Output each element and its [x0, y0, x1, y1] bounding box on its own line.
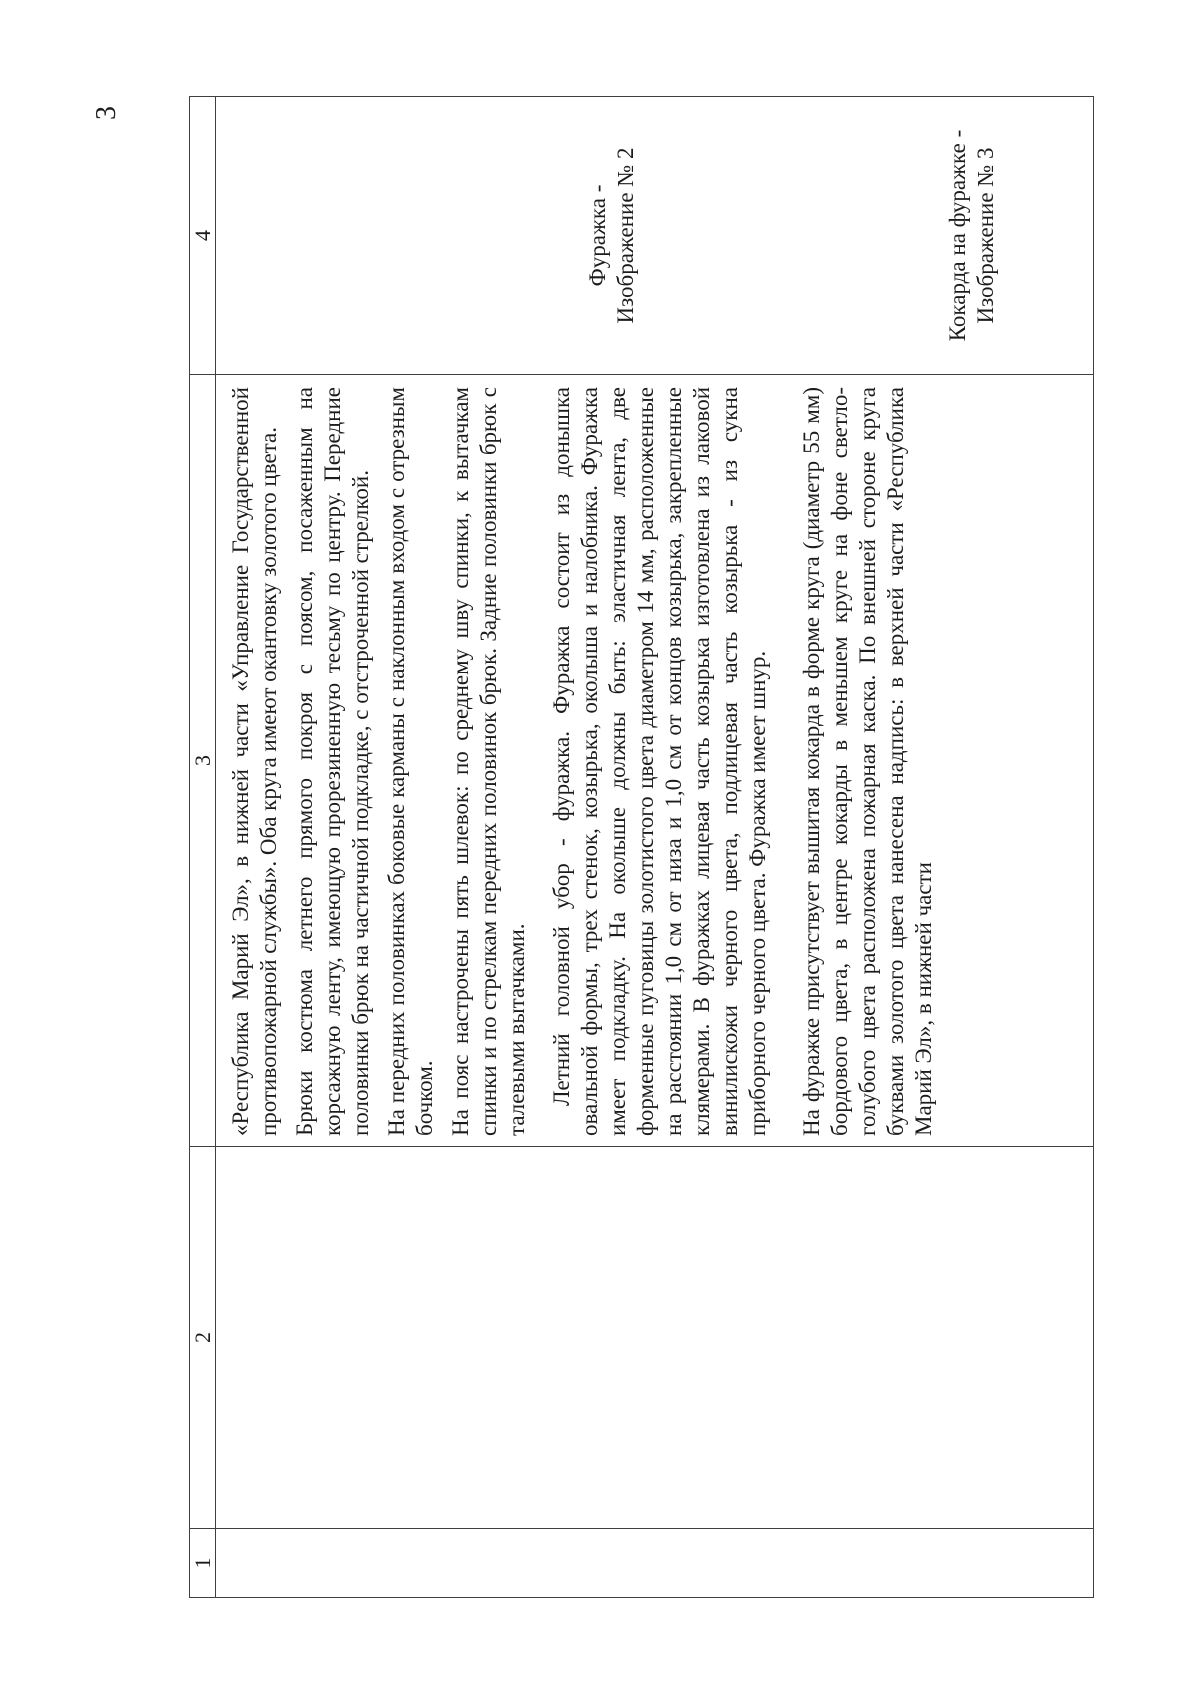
body-cell-col2-empty	[216, 1147, 1094, 1529]
body-cell-description: «Республика Марий Эл», в нижней части «У…	[216, 375, 1094, 1147]
uniform-description-table: 1 2 3 4 «Республика Марий Эл», в нижней …	[189, 96, 1094, 1598]
header-cell-4: 4	[190, 97, 216, 375]
body-cell-image-references: Фуражка - Изображение № 2 Кокарда на фур…	[216, 97, 1094, 375]
image-reference-cap-title: Фуражка -	[584, 97, 612, 374]
paragraph-belt-loops: На пояс настрочены пять шлевок: по средн…	[447, 387, 531, 1136]
rotated-page-content: 3 1 2 3 4 «Республика Марий Эл», в нижне…	[0, 0, 1200, 1697]
header-cell-2: 2	[190, 1147, 216, 1529]
paragraph-cap: Летний головной убор - фуражка. Фуражка …	[548, 387, 772, 1136]
header-cell-3: 3	[190, 375, 216, 1147]
scanned-document-page: 3 1 2 3 4 «Республика Марий Эл», в нижне…	[0, 0, 1200, 1697]
paragraph-cockade: На фуражке присутствует вышитая кокарда …	[798, 387, 938, 1136]
image-reference-cockade-title: Кокарда на фуражке -	[944, 97, 972, 374]
image-reference-cap-number: Изображение № 2	[612, 97, 640, 374]
image-reference-cockade-number: Изображение № 3	[972, 97, 1000, 374]
page-number: 3	[90, 89, 124, 137]
table-body-row: «Республика Марий Эл», в нижней части «У…	[216, 97, 1094, 1598]
image-reference-cap: Фуражка - Изображение № 2	[584, 97, 640, 374]
paragraph-side-pockets: На передних половинках боковые карманы с…	[383, 387, 439, 1136]
table-header-row: 1 2 3 4	[190, 97, 216, 1598]
image-reference-cockade: Кокарда на фуражке - Изображение № 3	[944, 97, 1000, 374]
header-cell-1: 1	[190, 1529, 216, 1598]
paragraph-trousers: Брюки костюма летнего прямого покроя с п…	[291, 387, 375, 1136]
paragraph-continuation-emblem: «Республика Марий Эл», в нижней части «У…	[227, 387, 283, 1136]
body-cell-col1-empty	[216, 1529, 1094, 1598]
